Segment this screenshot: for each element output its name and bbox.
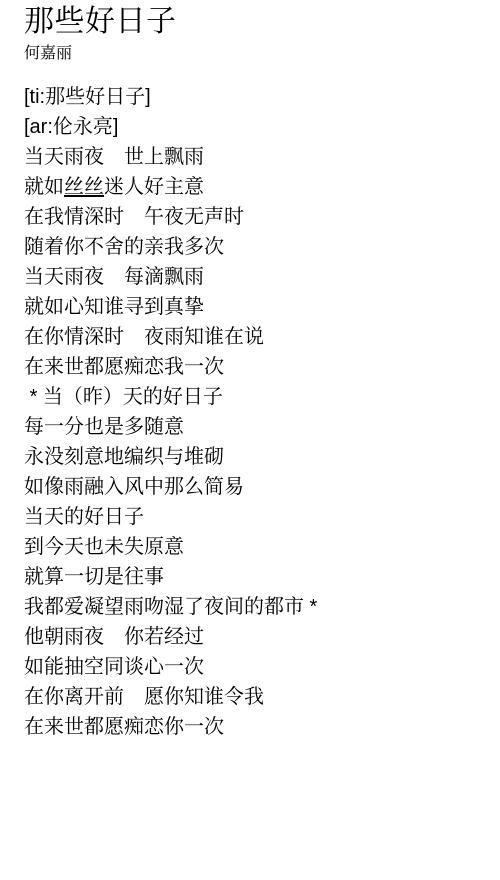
lyric-text: 就如心知谁寻到真挚 <box>24 296 204 318</box>
lyric-text: 就如 <box>24 176 64 198</box>
lyric-line: 在来世都愿痴恋我一次 <box>24 352 480 382</box>
lyric-line: 如像雨融入风中那么简易 <box>24 472 480 502</box>
lyric-text: 在你离开前 愿你知谁令我 <box>24 686 264 708</box>
lyric-text: 他朝雨夜 你若经过 <box>24 626 204 648</box>
lyric-line: 就如丝丝迷人好主意 <box>24 172 480 202</box>
lyric-line: 在你离开前 愿你知谁令我 <box>24 682 480 712</box>
lyric-text: 如像雨融入风中那么简易 <box>24 476 244 498</box>
lyric-text: 到今天也未失原意 <box>24 536 184 558</box>
lyric-line: 到今天也未失原意 <box>24 532 480 562</box>
lyric-line: 当天雨夜 世上飘雨 <box>24 142 480 172</box>
lyric-text: 随着你不舍的亲我多次 <box>24 236 224 258</box>
lyric-line: 在来世都愿痴恋你一次 <box>24 712 480 742</box>
lyric-line: [ar:伦永亮] <box>24 112 480 142</box>
lyric-line: 如能抽空同谈心一次 <box>24 652 480 682</box>
lyric-text: 在你情深时 夜雨知谁在说 <box>24 326 264 348</box>
lyric-line: 就如心知谁寻到真挚 <box>24 292 480 322</box>
lyric-line: 在我情深时 午夜无声时 <box>24 202 480 232</box>
lyric-text: 每一分也是多随意 <box>24 416 184 438</box>
lyric-text: 在来世都愿痴恋我一次 <box>24 356 224 378</box>
lyrics-page: 那些好日子 何嘉丽 [ti:那些好日子][ar:伦永亮]当天雨夜 世上飘雨就如丝… <box>0 0 500 880</box>
lyric-text: 迷人好主意 <box>104 176 204 198</box>
lyric-line: 就算一切是往事 <box>24 562 480 592</box>
lyric-line: 在你情深时 夜雨知谁在说 <box>24 322 480 352</box>
underlined-lyric-text: 丝丝 <box>64 176 104 198</box>
lyric-line: 当天的好日子 <box>24 502 480 532</box>
lyric-line: 他朝雨夜 你若经过 <box>24 622 480 652</box>
lyric-text: 就算一切是往事 <box>24 566 164 588</box>
lyric-text: 在我情深时 午夜无声时 <box>24 206 244 228</box>
lyric-text: * 当（昨）天的好日子 <box>24 386 223 408</box>
artist-name: 何嘉丽 <box>24 44 480 64</box>
lyric-text: 如能抽空同谈心一次 <box>24 656 204 678</box>
lyric-line: 每一分也是多随意 <box>24 412 480 442</box>
lyric-text: 我都爱凝望雨吻湿了夜间的都市 * <box>24 596 317 618</box>
lyric-text: [ti:那些好日子] <box>24 86 151 108</box>
lyric-text: 当天雨夜 世上飘雨 <box>24 146 204 168</box>
lyric-line: 当天雨夜 每滴飘雨 <box>24 262 480 292</box>
lyric-text: 当天的好日子 <box>24 506 144 528</box>
lyric-text: [ar:伦永亮] <box>24 116 118 138</box>
lyric-line: [ti:那些好日子] <box>24 82 480 112</box>
lyric-line: * 当（昨）天的好日子 <box>24 382 480 412</box>
song-title: 那些好日子 <box>24 2 480 42</box>
lyrics-body: [ti:那些好日子][ar:伦永亮]当天雨夜 世上飘雨就如丝丝迷人好主意在我情深… <box>24 82 480 742</box>
lyric-text: 当天雨夜 每滴飘雨 <box>24 266 204 288</box>
lyric-line: 随着你不舍的亲我多次 <box>24 232 480 262</box>
lyric-line: 永没刻意地编织与堆砌 <box>24 442 480 472</box>
lyric-text: 永没刻意地编织与堆砌 <box>24 446 224 468</box>
lyric-text: 在来世都愿痴恋你一次 <box>24 716 224 738</box>
lyric-line: 我都爱凝望雨吻湿了夜间的都市 * <box>24 592 480 622</box>
